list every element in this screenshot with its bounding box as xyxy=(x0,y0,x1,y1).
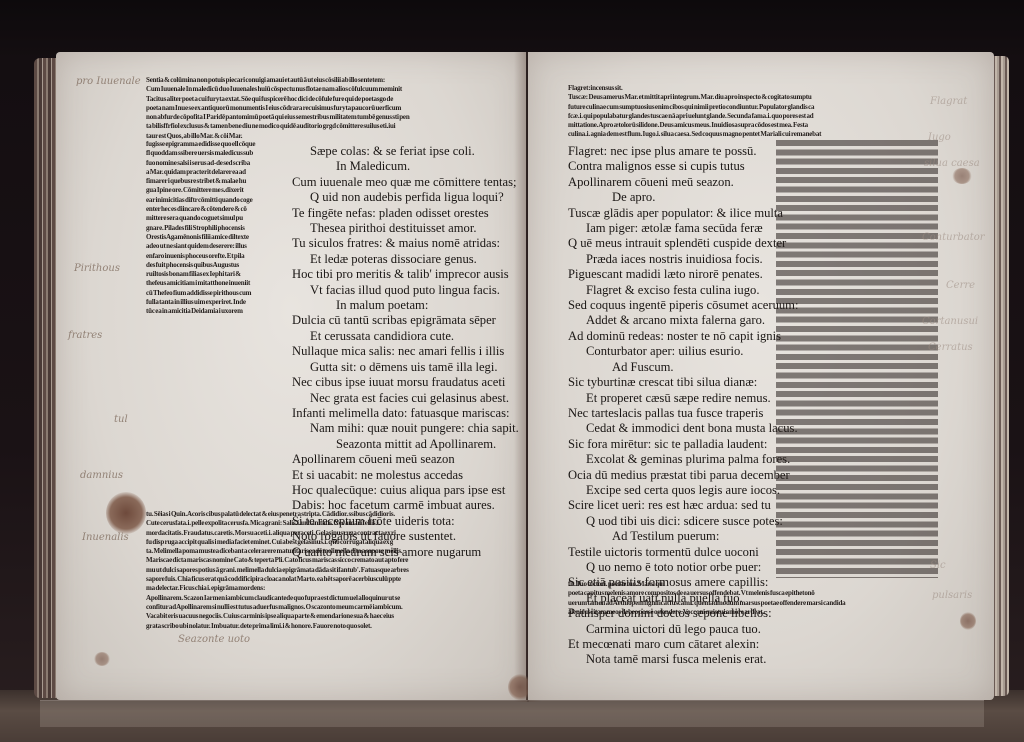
left-top-commentary: Sentia & colūmina non potuis piecari con… xyxy=(146,76,514,142)
commentary-line: Cute cerusfata.i. pelle expolita cerusfa… xyxy=(146,519,518,528)
commentary-line: poeta capitus melenis amore compositos d… xyxy=(568,589,938,598)
commentary-line: ear inimicitias diftr cōmitti quando cog… xyxy=(146,196,288,205)
commentary-line: ta bilisffrfiol exclusus & tamen bene di… xyxy=(146,122,514,131)
commentary-line: mu ut dulci sapores potius ā grani. meli… xyxy=(146,566,518,575)
verse-line: Testile uictoris tormentū dulce uoconi xyxy=(568,545,804,560)
verse-line: Nullaque mica salis: nec amari fellis i … xyxy=(292,344,522,359)
commentary-line: Vacabit eris uacuus negociis. Cuius carm… xyxy=(146,612,518,621)
verse-line: Excipe sed certa quos legis aure iocos. xyxy=(568,483,804,498)
commentary-line: gua Ipine ore. Cōmittere me s.dixerit xyxy=(146,186,288,195)
commentary-line: enfaro inuenis phoceus orefte. Et pila xyxy=(146,252,288,261)
commentary-line: tūc ea in amicitia Deidamia i uxorem xyxy=(146,307,288,316)
epigram-title: De apro. xyxy=(568,190,804,205)
commentary-line: ruiltosis bonam filias ex Iephi tari & xyxy=(146,270,288,279)
commentary-line: cū Thefeo fium addidisse pirithous cum xyxy=(146,289,288,298)
handwritten-marginal-note: silua caesa xyxy=(924,158,980,169)
commentary-line: fimarer i quebusre stribet & malae hu xyxy=(146,177,288,186)
verse-line: Gutta sit: o dēmens uis tamē illa legi. xyxy=(292,360,522,375)
verse-line: Thesea pirithoi destituisset amor. xyxy=(292,221,522,236)
commentary-line: future culinae cum sumptuosius enim cibo… xyxy=(568,103,938,112)
handwritten-marginal-note: Flagrat xyxy=(930,96,967,107)
handwritten-marginal-note: tul xyxy=(114,414,128,425)
handwritten-marginal-note: Seazonte uoto xyxy=(178,634,250,645)
verse-line: Excolat & geminas plurima palma fores. xyxy=(568,452,804,467)
handwritten-marginal-note: damnius xyxy=(80,470,123,481)
verse-line: Et ledæ poteras dissociare genus. xyxy=(292,252,522,267)
handwritten-marginal-note: Pirithous xyxy=(74,263,120,274)
ink-stain xyxy=(94,652,110,666)
handwritten-marginal-note: Conturbator xyxy=(922,232,985,243)
epigram-title: In Maledicum. xyxy=(292,159,522,174)
verse-line: Q uē meus intrauit splendēti cuspide dex… xyxy=(568,236,804,251)
verse-line: Tuscæ glādis aper populator: & ilice mul… xyxy=(568,206,804,221)
verse-line: Q uo nemo ē toto notior orbe puer: xyxy=(568,560,804,575)
commentary-line: Orestis Agamēnonis filii amice diltexte xyxy=(146,233,288,242)
verse-line: Sæpe colas: & se feriat ipse coli. xyxy=(292,144,522,159)
commentary-line: Flagret:incensus sit. xyxy=(568,84,938,93)
commentary-line: culina.i. agnia dem est flum. Iugo.i. si… xyxy=(568,130,938,139)
handwritten-marginal-note: pulsaris xyxy=(932,590,972,601)
right-top-commentary: Flagret:incensus sit.Tuscæ: Deus amerus … xyxy=(568,84,938,144)
epigram-title: In malum poetam: xyxy=(292,298,522,313)
verse-line: Carmina uictori dū lego pauca tuo. xyxy=(568,622,804,637)
commentary-line: gnare. Pilades fili Strophili phocensis xyxy=(146,224,288,233)
verse-line: Nec cibus ipse iuuat morsu fraudatus ace… xyxy=(292,375,522,390)
commentary-line: ma delectar. Ficus chia i. epigrāma mord… xyxy=(146,584,518,593)
commentary-line: fcæ.i. qui populabatur glandes tuscae nā… xyxy=(568,112,938,121)
handwritten-marginal-note: pro Iuuenale xyxy=(76,76,141,87)
left-verse-column: Sæpe colas: & se feriat ipse coli.In Mal… xyxy=(292,144,522,560)
epigram-title: Ad Testilum puerum: xyxy=(568,529,804,544)
verse-line: Piguescant madidi læto nirorē penates. xyxy=(568,267,804,282)
open-book: Sentia & colūmina non potuis piecari con… xyxy=(34,50,1009,705)
left-bottom-commentary: tu. Sēias i Quin. Acoris cibus palatū de… xyxy=(146,510,518,635)
verse-line: Q uod tibi uis dici: sdicere susce potes… xyxy=(568,514,804,529)
commentary-line: fulla tanta in illius uim experiret. Ind… xyxy=(146,298,288,307)
handwritten-marginal-note: fratres xyxy=(68,330,102,341)
verse-line: Sed coquus ingentē piperis cōsumet aceru… xyxy=(568,298,804,313)
verse-line: Dulcia cū tantū scribas epigrāmata sēper xyxy=(292,313,522,328)
commentary-line: aleni fuscitam meos debeo posse ostender… xyxy=(568,608,938,617)
verse-line: Q uid non audebis perfida ligua loqui? xyxy=(292,190,522,205)
verse-line: Addet & arcano mixta falerna garo. xyxy=(568,313,804,328)
commentary-line: adeo ut ne siant quidem deserere: illus xyxy=(146,242,288,251)
commentary-line: a Mar. quidam practerit delarer ea ad xyxy=(146,168,288,177)
handwritten-marginal-note: Cerratus xyxy=(928,342,973,353)
verse-line: Flagret & exciso festa culina iugo. xyxy=(568,283,804,298)
handwritten-marginal-note: Sic xyxy=(930,560,946,571)
verse-line: Ocia dū medius præstat tibi parua decemb… xyxy=(568,468,804,483)
verse-line: Hoc qualecūque: cuius aliqua pars ipse e… xyxy=(292,483,522,498)
commentary-line: fugisse epigramma edidisse quo ell cōque xyxy=(146,140,288,149)
commentary-line: enter hec es diincare & cōtendere & cō xyxy=(146,205,288,214)
handwritten-marginal-note: Inuenalis xyxy=(82,532,129,543)
verse-line: Et cerussata candidiora cute. xyxy=(292,329,522,344)
verse-line: Et mecœnati maro cum cātaret alexin: xyxy=(568,637,804,652)
verse-line: Nec tarteslacis pallas tua fusce traperi… xyxy=(568,406,804,421)
left-page: Sentia & colūmina non potuis piecari con… xyxy=(56,52,526,700)
verse-line: Tu siculos fratres: & maius nomē atridas… xyxy=(292,236,522,251)
ink-stain xyxy=(960,612,976,630)
left-side-commentary: fugisse epigramma edidisse quo ell cōque… xyxy=(146,140,288,470)
verse-line: Cum iuuenale meo quæ me cōmittere tentas… xyxy=(292,175,522,190)
right-page: Flagret:incensus sit.Tuscæ: Deus amerus … xyxy=(528,52,994,700)
commentary-line: fl quoddam ssibere uersis maledicus sub xyxy=(146,149,288,158)
verse-line: Et properet cæsū sæpe redire nemus. xyxy=(568,391,804,406)
commentary-line: Tacitus aliter poet a cui furyta extat. … xyxy=(146,95,514,104)
handwritten-marginal-note: Cerre xyxy=(946,280,975,291)
verse-line: Iam piger: ætolæ fama secūda feræ xyxy=(568,221,804,236)
commentary-line: mittatione. Apro ætolorū silidone. Deus … xyxy=(568,121,938,130)
commentary-line: Tuscæ: Deus amerus Mar. et mittit apri i… xyxy=(568,93,938,102)
verse-line: Apollinarem cōueni meū seazon. xyxy=(568,175,804,190)
handwritten-marginal-note: Cortanusui xyxy=(922,316,978,327)
commentary-line: non abfurde cōpofita I Paridē pantomimū … xyxy=(146,113,514,122)
epigram-title: Ad Fuscum. xyxy=(568,360,804,375)
commentary-line: tu. Sēias i Quin. Acoris cibus palatū de… xyxy=(146,510,518,519)
commentary-line: Sentia & colūmina non potuis piecari con… xyxy=(146,76,514,85)
commentary-line: Apollinarem. Scazon Iarmen iambicum clau… xyxy=(146,594,518,603)
verse-line: Scire licet ueri: res est hæc ardua: sed… xyxy=(568,498,804,513)
verse-line: Vt facias illud quod puto lingua facis. xyxy=(292,283,522,298)
verse-line: Sic tyburtinæ crescat tibi silua dianæ: xyxy=(568,375,804,390)
verse-line: Te fingēte nefas: pladen odisset orestes xyxy=(292,206,522,221)
commentary-line: ta. Melimella poma mustea dicebant a cel… xyxy=(146,547,518,556)
commentary-line: mittere sera quando coguet simul pu xyxy=(146,214,288,223)
verse-line: Præda iaces nostris inuidiosa focis. xyxy=(568,252,804,267)
commentary-line: poeta nam Inue se ex antiquorū monumenti… xyxy=(146,104,514,113)
commentary-line: Cum Iuuenale In maledicū duo Iuuenales h… xyxy=(146,85,514,94)
handwritten-marginal-note: Iugo xyxy=(928,132,951,143)
commentary-line: Mariscae dicta mariscas nomine Cato & te… xyxy=(146,556,518,565)
commentary-line: mordacitatis. Fraudatus.caretis. Morsu a… xyxy=(146,529,518,538)
right-side-commentary xyxy=(776,140,938,578)
commentary-line: uerum tamen ad Aethiopem fignificat fusc… xyxy=(568,599,938,608)
verse-line: Nam mihi: quæ nouit pungere: chia sapit. xyxy=(292,421,522,436)
commentary-line: fu disp ruga accipit qualis i media faci… xyxy=(146,538,518,547)
verse-line: Sic fora mirētur: sic te palladia lauden… xyxy=(568,437,804,452)
commentary-line: grata scribo ubi nolatur. Imbuatur. dete… xyxy=(146,622,518,631)
commentary-line: sapore fuis. Chia ficus erat quā coddifi… xyxy=(146,575,518,584)
ink-stain xyxy=(106,492,146,534)
commentary-line: fuo nomine salsi i serus ad-de sed scrib… xyxy=(146,159,288,168)
verse-line: Apollinarem cōueni meū seazon xyxy=(292,452,522,467)
verse-line: Ad dominū redeas: noster te nō capit ign… xyxy=(568,329,804,344)
verse-line: Cedat & immodici dent bona musta lacus. xyxy=(568,421,804,436)
verse-line: Contra malignos esse si cupis tutus xyxy=(568,159,804,174)
ink-stain xyxy=(952,168,972,184)
verse-line: Infanti melimella dato: fatuasque marisc… xyxy=(292,406,522,421)
verse-line: Hoc tibi pro meritis & talib' imprecor a… xyxy=(292,267,522,282)
verse-line: Et si uacabit: ne molestus accedas xyxy=(292,468,522,483)
commentary-line: thefeus amicitiam i mitatthone inueniit xyxy=(146,279,288,288)
right-bottom-commentary: fit. Tuo uictori. poetae tuo. Marsi quip… xyxy=(568,580,938,622)
epigram-title: Seazonta mittit ad Apollinarem. xyxy=(292,437,522,452)
verse-line: Nec grata est facies cui gelasinus abest… xyxy=(292,391,522,406)
verse-line: Conturbator aper: uilius esurio. xyxy=(568,344,804,359)
commentary-line: des fuit phocensis quibus Augustus xyxy=(146,261,288,270)
verse-line: Flagret: nec ipse plus amare te possū. xyxy=(568,144,804,159)
verse-line: Nota tamē marsi fusca melenis erat. xyxy=(568,652,804,667)
commentary-line: fit. Tuo uictori. poetae tuo. Marsi qui xyxy=(568,580,938,589)
commentary-line: confitur ad Apollinarem si nulli est tut… xyxy=(146,603,518,612)
